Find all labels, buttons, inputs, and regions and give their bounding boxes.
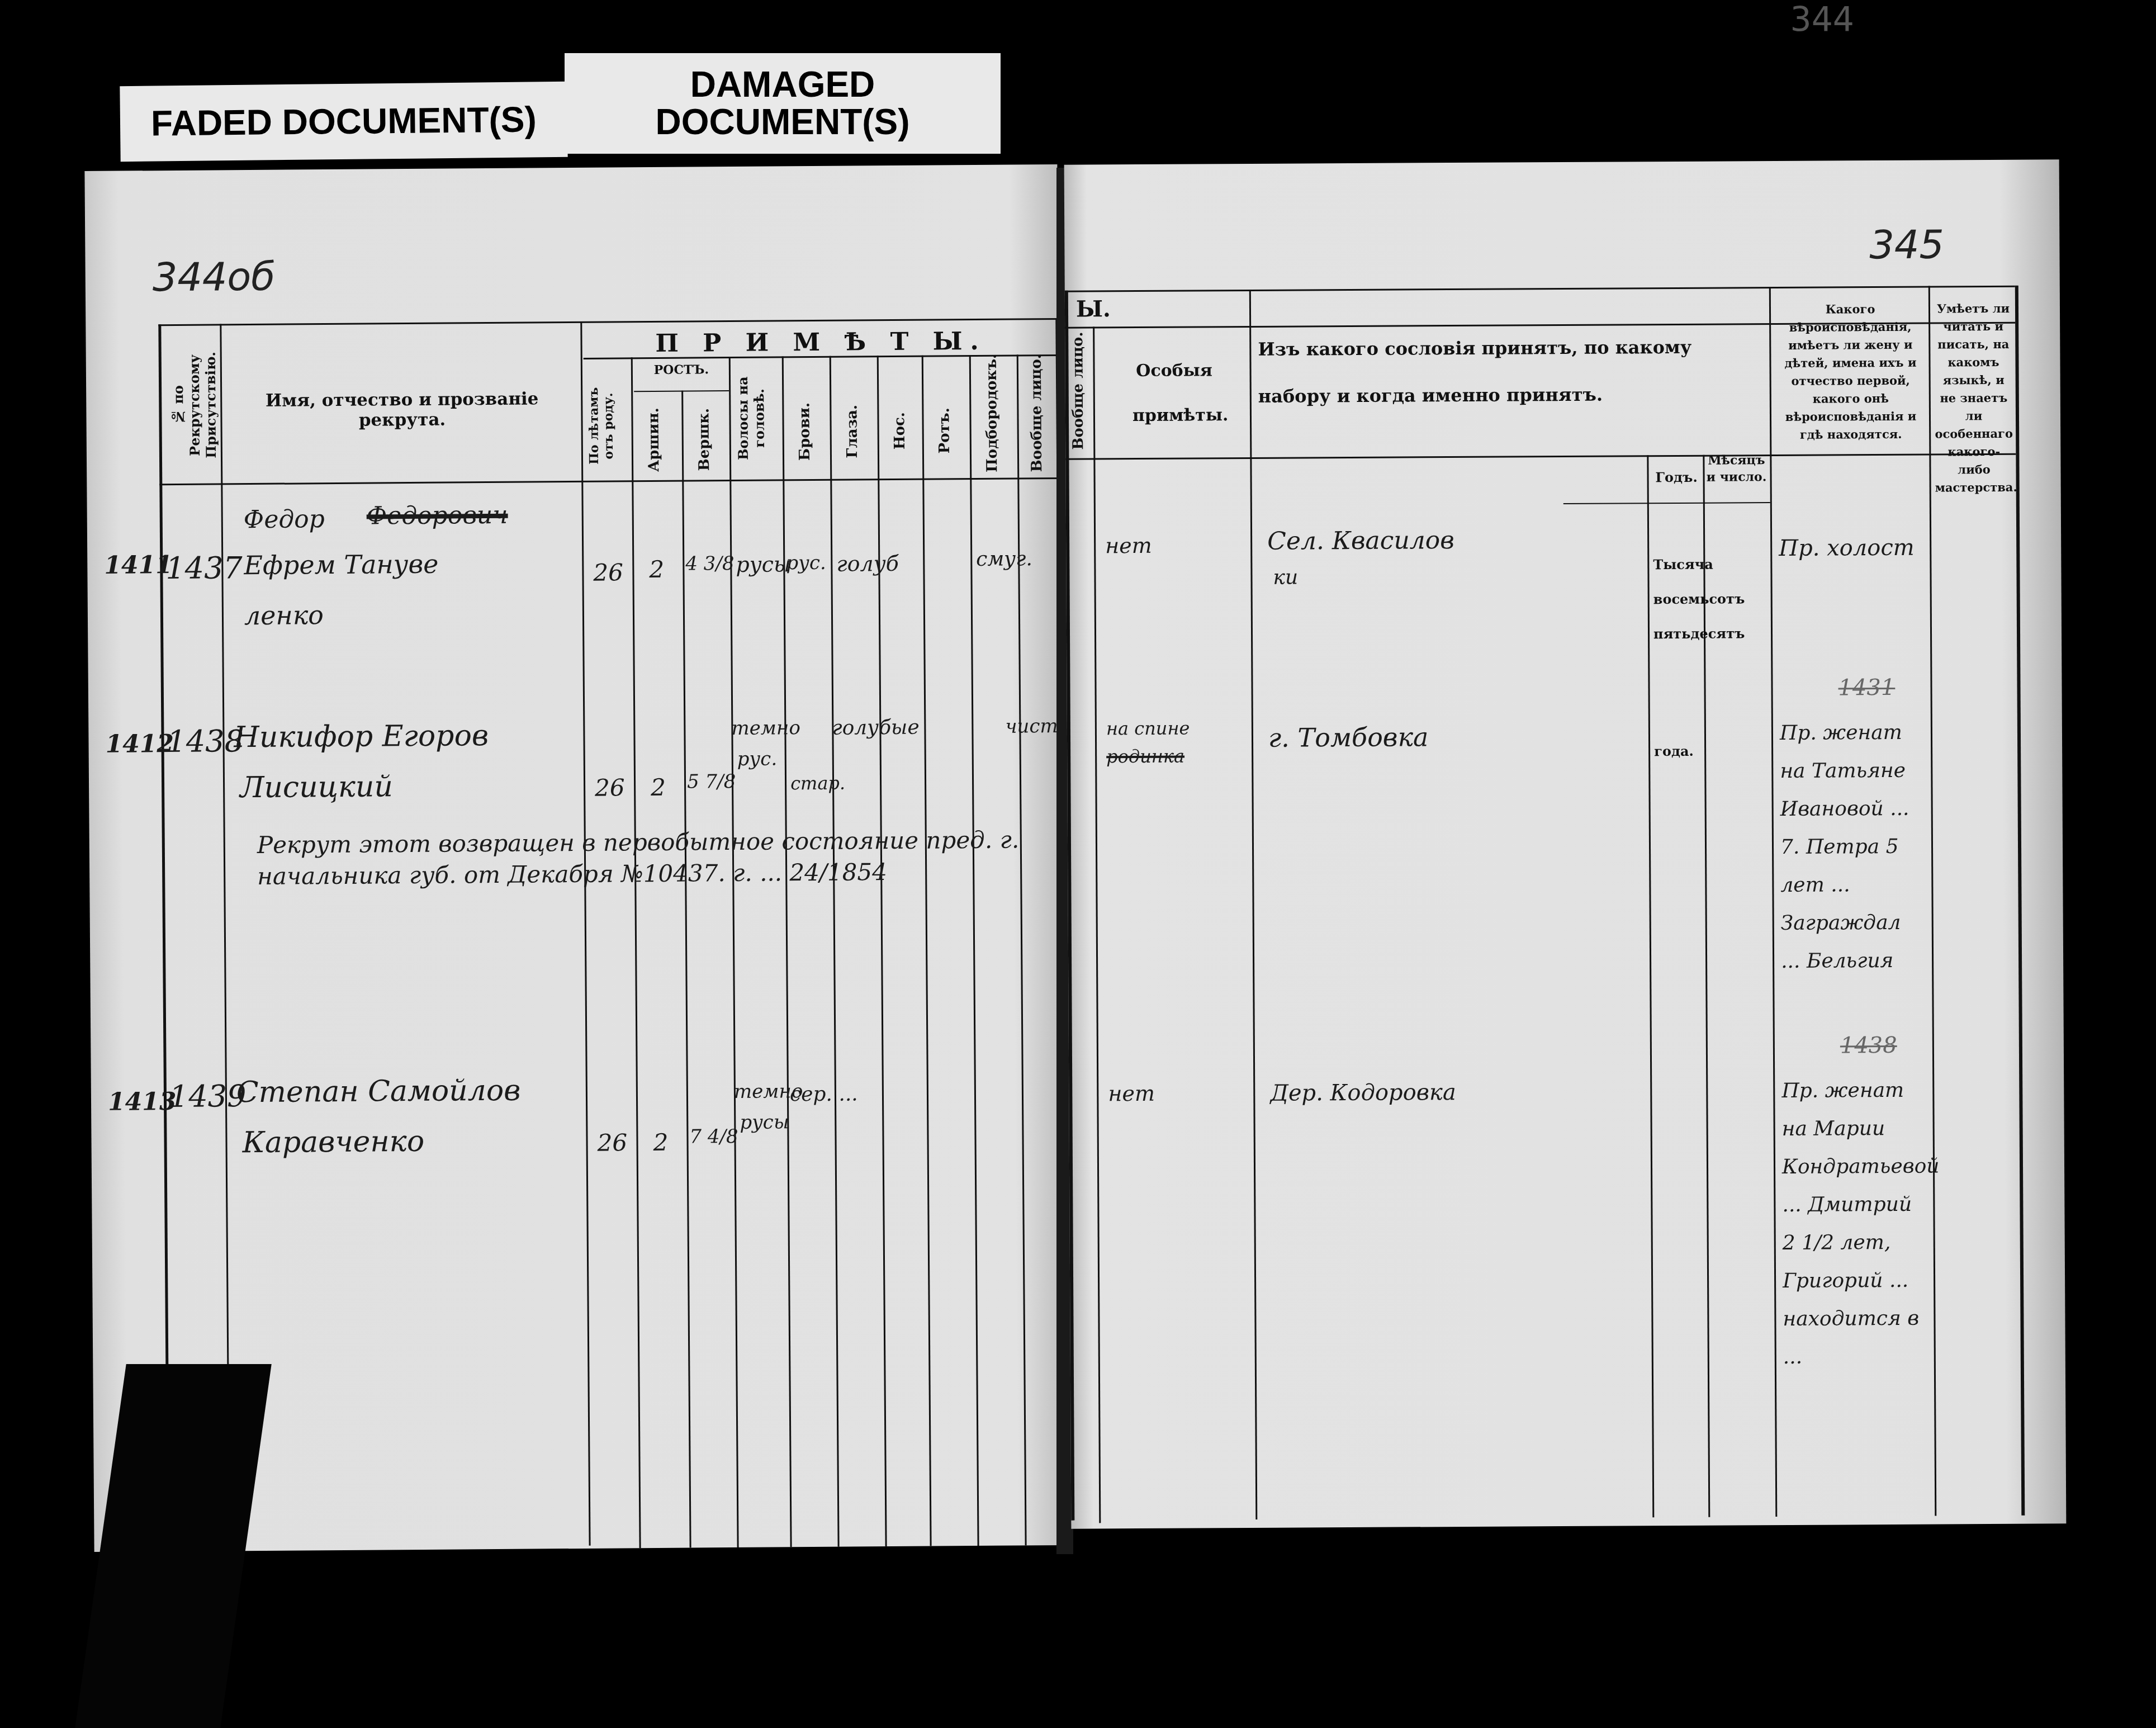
col-line bbox=[631, 357, 641, 1548]
header-nose: Нос. bbox=[891, 389, 908, 473]
header-bottom-rule bbox=[159, 477, 1059, 485]
header-bottom-rule bbox=[1065, 453, 2016, 460]
row-2-origin: г. Томбовка bbox=[1268, 722, 1429, 752]
col-line bbox=[1249, 290, 1258, 1519]
year-printed-text: Тысяча восемьсотъ пятьдесятъ bbox=[1653, 547, 1701, 651]
faded-label-text: FADED DOCUMENT(S) bbox=[151, 101, 537, 142]
row-3-number: 1439 bbox=[169, 1078, 247, 1114]
col-line bbox=[729, 357, 739, 1547]
header-year: Годъ. bbox=[1650, 469, 1703, 485]
col-line bbox=[1703, 455, 1710, 1517]
row-3-name-line1: Степан Самойлов bbox=[236, 1074, 521, 1110]
row-2-number: 1438 bbox=[167, 723, 244, 759]
header-chin: Подбородокъ. bbox=[983, 361, 1001, 472]
row-1-number: 1437 bbox=[165, 550, 243, 586]
row-2-religion-struck-number: 1431 bbox=[1838, 675, 1895, 701]
year-suffix-text: года. bbox=[1654, 743, 1694, 759]
row-1-name-line1: Федор bbox=[244, 505, 325, 534]
header-mouth: Ротъ. bbox=[936, 389, 953, 472]
header-primety-title-cont: Ы. bbox=[1076, 296, 1110, 322]
row-2-special-struck: родинка bbox=[1106, 746, 1184, 768]
row-1-margin-number: 1411 bbox=[104, 551, 173, 580]
row-2-age: 26 bbox=[595, 774, 625, 801]
header-eyes: Глаза. bbox=[844, 389, 861, 473]
row-1-eyes: голуб bbox=[836, 551, 899, 576]
left-folio-number: 344об bbox=[152, 254, 275, 301]
row-3-special: нет bbox=[1108, 1081, 1155, 1106]
row-2-vershok: 5 7/8 bbox=[687, 770, 736, 793]
header-top-rule bbox=[158, 318, 1058, 326]
row-3-hair2: русы bbox=[740, 1111, 789, 1134]
row-2-brows2: стар. bbox=[790, 773, 845, 794]
row-1-arshin: 2 bbox=[649, 556, 664, 583]
col-line bbox=[782, 356, 792, 1547]
row-2-name-line2: Лисицкий bbox=[240, 770, 393, 804]
col-line bbox=[969, 355, 979, 1546]
header-brows: Брови. bbox=[796, 390, 813, 474]
row-1-religion: Пр. холост bbox=[1779, 535, 1915, 561]
header-hair: Волосы на головѣ. bbox=[735, 362, 777, 474]
header-top-rule bbox=[1065, 286, 2015, 292]
row-1-brows: рус. bbox=[786, 552, 826, 574]
damaged-label-text: DAMAGED DOCUMENT(S) bbox=[637, 66, 928, 141]
corner-folio: 344 bbox=[1790, 0, 1854, 39]
col-line bbox=[877, 356, 887, 1546]
row-2-eyes: голубые bbox=[832, 716, 920, 740]
col-line bbox=[1017, 354, 1027, 1545]
col-line bbox=[830, 356, 840, 1547]
row-2-name-line1: Никифор Егоров bbox=[234, 719, 489, 754]
row-1-vershok: 4 3/8 bbox=[685, 552, 734, 575]
header-arshin: Аршин. bbox=[645, 402, 662, 477]
left-page: 344об № по Рекрутскому Присутствію. Имя,… bbox=[84, 164, 1067, 1552]
header-month-day: Мѣсяцъ и число. bbox=[1705, 452, 1767, 486]
header-vershok: Вершк. bbox=[695, 401, 713, 477]
row-1-name-struck: Федорович bbox=[367, 501, 508, 531]
header-recruit-number: № по Рекрутскому Присутствію. bbox=[169, 332, 215, 478]
row-3-eyes: сер. ... bbox=[790, 1082, 858, 1106]
header-rost: РОСТЪ. bbox=[634, 362, 729, 377]
row-2-religion: Пр. женат на Татьяне Ивановой ... 7. Пет… bbox=[1780, 714, 1926, 981]
right-folio-number: 345 bbox=[1869, 221, 1944, 268]
row-1-hair: русы bbox=[736, 552, 791, 577]
row-1-age: 26 bbox=[593, 558, 623, 586]
col-line bbox=[1093, 326, 1101, 1523]
row-2-face: чист bbox=[1005, 715, 1058, 738]
right-page: 345 Ы. Вообще лицо. Особыя примѣты. Изъ … bbox=[1064, 159, 2067, 1528]
row-3-arshin: 2 bbox=[653, 1129, 668, 1156]
row-1-special: нет bbox=[1105, 533, 1152, 558]
row-3-vershok: 7 4/8 bbox=[689, 1125, 738, 1148]
header-face: Вообще лицо. bbox=[1028, 360, 1045, 472]
header-recruit-name: Имя, отчество и прозваніе рекрута. bbox=[223, 389, 581, 431]
col-line bbox=[922, 356, 932, 1546]
row-3-religion: Пр. женат на Марии Кондратьевой ... Дмит… bbox=[1781, 1072, 1928, 1376]
row-2-arshin: 2 bbox=[651, 774, 666, 801]
header-age: По лѣтамъ отъ роду. bbox=[586, 374, 629, 478]
header-origin: Изъ какого сословія принятъ, по какому н… bbox=[1258, 323, 1761, 420]
header-literacy: Умѣетъ ли читать и писать, на какомъ язы… bbox=[1934, 300, 2013, 497]
row-2-annotation: Рекрут этот возвращен в первобытное сост… bbox=[257, 824, 1051, 892]
year-rule bbox=[1563, 502, 1770, 504]
row-3-margin-number: 1413 bbox=[108, 1087, 177, 1116]
row-3-age: 26 bbox=[597, 1129, 627, 1156]
row-1-origin-cont: ки bbox=[1273, 566, 1298, 589]
row-1-face: смуг. bbox=[976, 547, 1032, 571]
row-3-origin: Дер. Кодоровка bbox=[1270, 1080, 1456, 1106]
row-1-origin: Сел. Квасилов bbox=[1267, 526, 1454, 556]
faded-document-label: FADED DOCUMENT(S) bbox=[120, 82, 567, 162]
damaged-document-label: DAMAGED DOCUMENT(S) bbox=[565, 53, 1001, 154]
row-2-margin-number: 1412 bbox=[105, 730, 174, 759]
header-special-marks: Особыя примѣты. bbox=[1132, 348, 1216, 438]
row-2-hair2: рус. bbox=[737, 747, 778, 770]
header-face-right: Вообще лицо. bbox=[1069, 332, 1087, 449]
row-2-special: на спине bbox=[1106, 718, 1190, 740]
row-1-name-line3: ленко bbox=[244, 600, 324, 631]
col-line bbox=[2015, 286, 2025, 1516]
header-religion: Какого вѣроисповѣданія, имѣетъ ли жену и… bbox=[1775, 300, 1926, 444]
row-3-name-line2: Каравченко bbox=[242, 1125, 424, 1159]
row-3-religion-struck-number: 1438 bbox=[1840, 1033, 1897, 1059]
col-line bbox=[1769, 287, 1778, 1517]
row-1-name-line2: Ефрем Тануве bbox=[244, 549, 438, 580]
row-2-hair: темно bbox=[731, 717, 800, 740]
col-line bbox=[580, 321, 590, 1546]
